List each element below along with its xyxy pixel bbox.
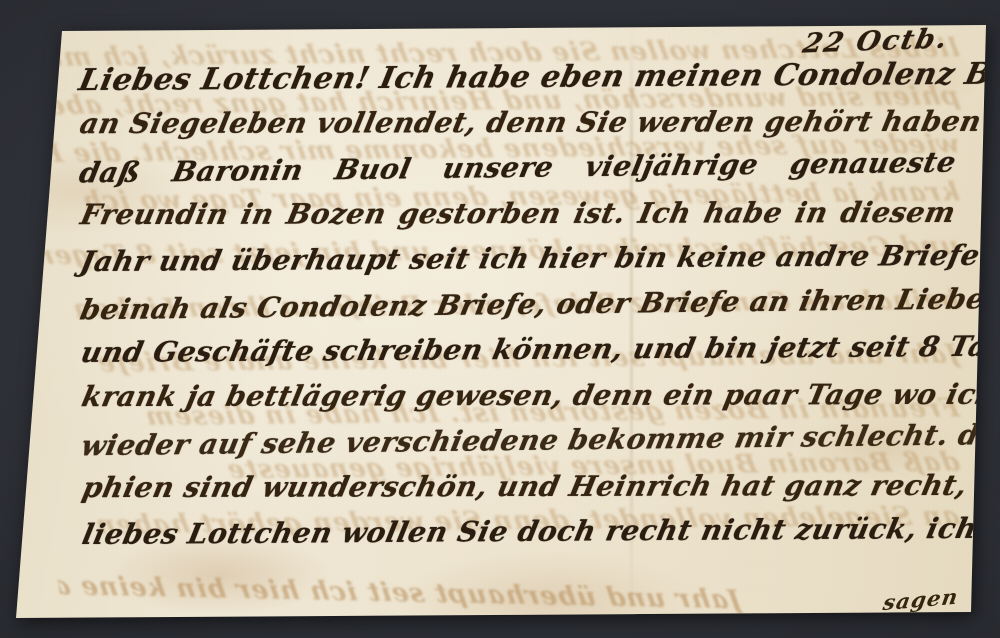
letter-line: und Geschäfte schreiben können, und bin … xyxy=(76,330,960,382)
letter-line: Freundin in Bozen gestorben ist. Ich hab… xyxy=(75,195,959,243)
letter-line: daß Baronin Buol unsere vieljährige gena… xyxy=(74,146,959,202)
photo-background: liebes Lottchen wollen Sie doch recht ni… xyxy=(0,0,1000,638)
letter-body: Liebes Lottchen! Ich habe eben meinen Co… xyxy=(78,57,956,564)
letter-line: phien sind wunderschön, und Heinrich hat… xyxy=(77,468,961,516)
paper-shadow: liebes Lottchen wollen Sie doch recht ni… xyxy=(0,0,1000,638)
letter-line: liebes Lottchen wollen Sie doch recht ni… xyxy=(77,512,961,564)
catchword: sagen xyxy=(882,584,961,615)
letter-line: Jahr und überhaupt seit ich hier bin kei… xyxy=(75,239,959,291)
letter-line: wieder auf sehe verschiedene bekomme mir… xyxy=(76,419,961,475)
date-line: 22 Octb. xyxy=(800,24,951,60)
letter-line: Liebes Lottchen! Ich habe eben meinen Co… xyxy=(74,57,958,109)
letter-line: an Siegeleben vollendet, denn Sie werden… xyxy=(74,104,958,152)
letter-page: liebes Lottchen wollen Sie doch recht ni… xyxy=(0,0,1000,638)
letter-line: krank ja bettlägerig gewesen, denn ein p… xyxy=(76,377,960,425)
bleedthrough-line: Jahr und überhaupt seit ich hier bin kei… xyxy=(56,571,743,615)
